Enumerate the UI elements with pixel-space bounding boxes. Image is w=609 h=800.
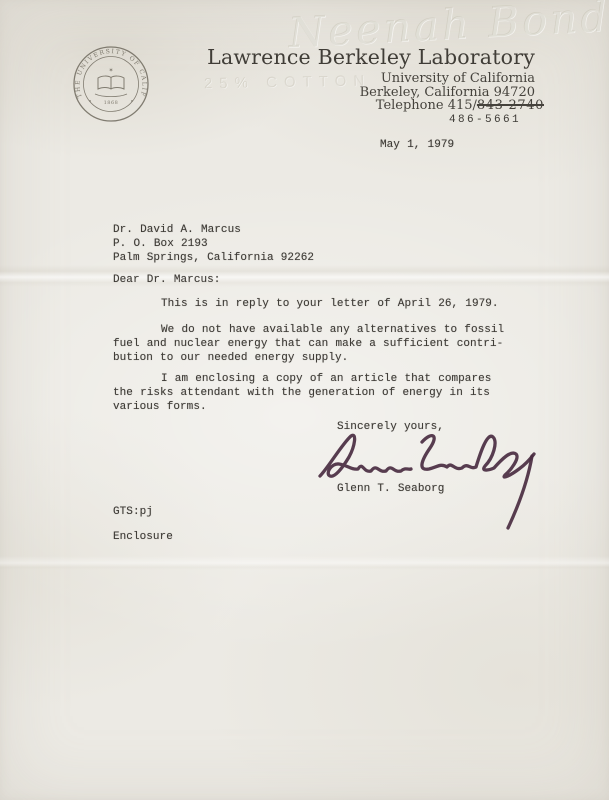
- seal-banner: [95, 94, 127, 97]
- letterhead-city: Berkeley, California 94720: [207, 86, 535, 100]
- university-of-california-seal: THE UNIVERSITY OF CALIFORNIA ✶ 1868: [71, 44, 151, 124]
- paper-crease-lower: [0, 556, 609, 570]
- seal-year: 1868: [104, 100, 119, 106]
- paragraph-enclosing-article: I am enclosing a copy of an article that…: [113, 372, 491, 414]
- letterhead-phone-corrected: 486-5661: [207, 114, 535, 127]
- glenn-seaborg-signature: [318, 426, 563, 536]
- date-line: May 1, 1979: [380, 138, 454, 152]
- salutation: Dear Dr. Marcus:: [113, 273, 220, 287]
- paragraph-energy-alternatives: We do not have available any alternative…: [113, 323, 504, 365]
- letter-document: Neenah Bond 25% COTTON THE UNIVERSITY OF…: [0, 0, 609, 800]
- typed-signature-name: Glenn T. Seaborg: [337, 482, 444, 496]
- typist-initials: GTS:pj: [113, 505, 153, 519]
- enclosure-note: Enclosure: [113, 530, 173, 544]
- letterhead-university: University of California: [207, 72, 535, 86]
- letterhead-org-name: Lawrence Berkeley Laboratory: [207, 46, 535, 68]
- letterhead: Lawrence Berkeley Laboratory University …: [207, 46, 535, 127]
- paragraph-reply: This is in reply to your letter of April…: [113, 297, 499, 311]
- phone-prefix: Telephone 415/: [376, 98, 477, 113]
- letterhead-phone: Telephone 415/843-2740: [207, 99, 535, 113]
- recipient-address: Dr. David A. Marcus P. O. Box 2193 Palm …: [113, 223, 314, 265]
- open-book-icon: [98, 76, 124, 89]
- paper-crease: [0, 265, 609, 287]
- seal-star-icon: ✶: [108, 67, 113, 74]
- phone-struck-out: 843-2740: [477, 98, 544, 113]
